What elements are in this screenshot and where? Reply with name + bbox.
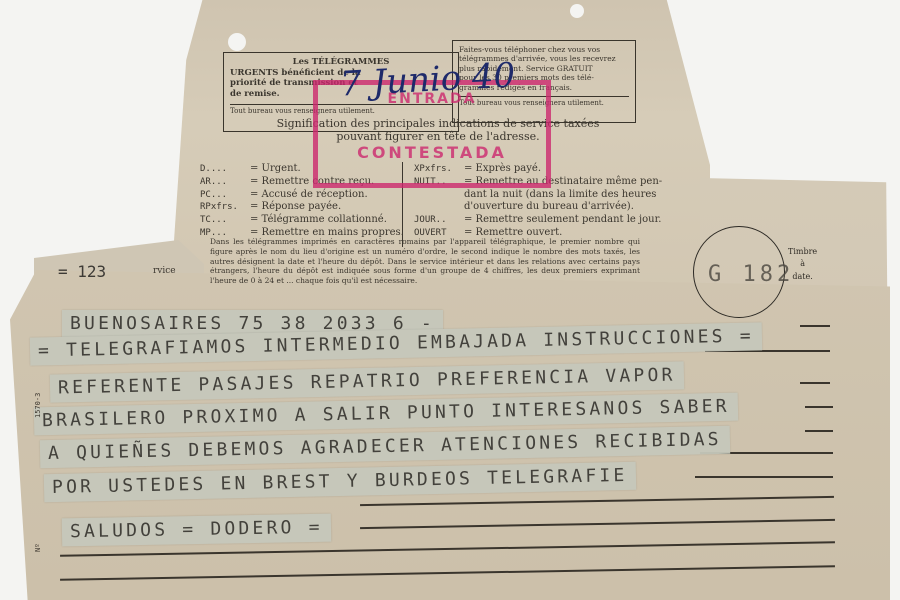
legend-code: JOUR.. — [414, 215, 464, 227]
timbre-label: Timbre à date. — [788, 246, 817, 283]
legend-row: TC...= Télégramme collationné. — [200, 214, 404, 227]
timbre-line: à — [788, 258, 817, 270]
legend-code: PC... — [200, 190, 250, 202]
legend-meaning: = Accusé de réception. — [250, 189, 368, 200]
legend-row: JOUR..= Remettre seulement pendant le jo… — [414, 214, 662, 227]
legend-code: D.... — [200, 164, 250, 176]
notice-line: Faites-vous téléphoner chez vous vos — [459, 45, 629, 54]
legend-code: RPxfrs. — [200, 202, 250, 214]
service-label: rvice — [153, 266, 176, 276]
postmark-number: G 182 — [708, 262, 794, 287]
punch-hole — [570, 4, 584, 18]
legend-meaning: = Télégramme collationné. — [250, 214, 387, 225]
form-code: 1570-3 — [34, 393, 42, 418]
legend-row: PC...= Accusé de réception. — [200, 189, 404, 202]
ruled-line — [695, 476, 833, 478]
tape-strip-signature: SALUDOS = DODERO = — [62, 514, 331, 547]
punch-hole — [228, 33, 246, 51]
stamp-bottom-text: CONTESTADA — [318, 143, 546, 162]
legend-row: dant la nuit (dans la limite des heures — [414, 189, 662, 202]
form-number-label: Nº — [34, 544, 42, 552]
legend-meaning: d'ouverture du bureau d'arrivée). — [464, 201, 634, 212]
legend-meaning: dant la nuit (dans la limite des heures — [464, 189, 656, 200]
ruled-line — [805, 406, 833, 408]
legend-meaning: = Réponse payée. — [250, 201, 341, 212]
legend-code: TC... — [200, 215, 250, 227]
legend-meaning: = Remettre seulement pendant le jour. — [464, 214, 661, 225]
timbre-line: date. — [788, 271, 817, 283]
ruled-line — [805, 430, 833, 432]
legend-row: d'ouverture du bureau d'arrivée). — [414, 201, 662, 214]
legend-row: RPxfrs.= Réponse payée. — [200, 201, 404, 214]
legend-meaning: = Urgent. — [250, 163, 301, 174]
timbre-line: Timbre — [788, 246, 817, 258]
ruled-line — [800, 325, 830, 327]
telegram-counter: = 123 — [58, 262, 106, 281]
message-line: SALUDOS = DODERO = — [70, 517, 323, 542]
ruled-line — [800, 382, 830, 384]
printed-instructions-note: Dans les télégrammes imprimés en caractè… — [210, 237, 640, 286]
legend-code: AR... — [200, 177, 250, 189]
